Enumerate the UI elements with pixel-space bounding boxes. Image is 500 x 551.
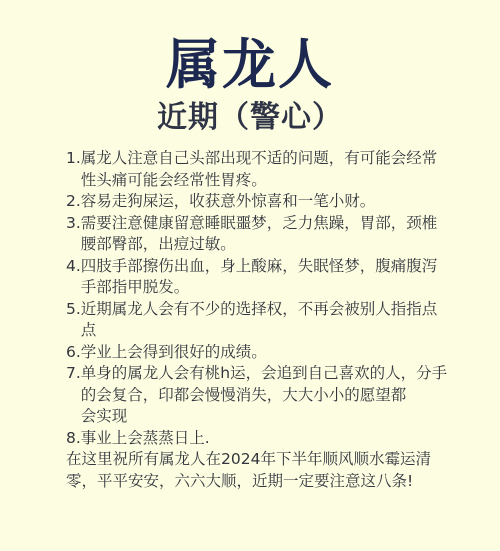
list-item-5: 5. 近期属龙人会有不少的选择权，不再会被别人指指点 点 bbox=[66, 299, 486, 342]
item-number: 6. bbox=[66, 342, 81, 364]
list-item-1: 1. 属龙人注意自己头部出现不适的问题，有可能会经常 性头痛可能会经常性胃疼。 bbox=[66, 148, 486, 191]
item-line: 四肢手部擦伤出血，身上酸麻，失眠怪梦，腹痛腹泻 bbox=[81, 256, 486, 278]
item-line: 单身的属龙人会有桃h运，会追到自己喜欢的人，分手 bbox=[81, 363, 486, 385]
item-line: 的会复合，印都会慢慢消失，大大小小的愿望都 bbox=[81, 385, 486, 407]
page-subtitle: 近期（警心） bbox=[0, 100, 500, 136]
item-line: 手部指甲脱发。 bbox=[81, 277, 486, 299]
list-item-4: 4. 四肢手部擦伤出血，身上酸麻，失眠怪梦，腹痛腹泻 手部指甲脱发。 bbox=[66, 256, 486, 299]
list-item-6: 6. 学业上会得到很好的成绩。 bbox=[66, 342, 486, 364]
item-line: 属龙人注意自己头部出现不适的问题，有可能会经常 bbox=[81, 148, 486, 170]
closing-line: 零，平平安安，六六大顺，近期一定要注意这八条! bbox=[66, 471, 486, 493]
page-title: 属龙人 bbox=[0, 34, 500, 96]
item-text: 事业上会蒸蒸日上. bbox=[81, 428, 486, 450]
item-number: 7. bbox=[66, 363, 81, 428]
item-number: 2. bbox=[66, 191, 81, 213]
item-line: 腰部臀部，出痘过敏。 bbox=[81, 234, 486, 256]
item-text: 需要注意健康留意睡眠噩梦，乏力焦躁，胃部，颈椎 腰部臀部，出痘过敏。 bbox=[81, 213, 486, 256]
item-number: 1. bbox=[66, 148, 81, 191]
item-line: 性头痛可能会经常性胃疼。 bbox=[81, 170, 486, 192]
item-line: 需要注意健康留意睡眠噩梦，乏力焦躁，胃部，颈椎 bbox=[81, 213, 486, 235]
item-line: 容易走狗屎运，收获意外惊喜和一笔小财。 bbox=[81, 191, 486, 213]
closing-paragraph: 在这里祝所有属龙人在2024年下半年顺风顺水霉运清 零，平平安安，六六大顺，近期… bbox=[66, 449, 486, 492]
item-number: 4. bbox=[66, 256, 81, 299]
item-number: 8. bbox=[66, 428, 81, 450]
item-number: 5. bbox=[66, 299, 81, 342]
content-list: 1. 属龙人注意自己头部出现不适的问题，有可能会经常 性头痛可能会经常性胃疼。 … bbox=[66, 148, 486, 492]
item-text: 属龙人注意自己头部出现不适的问题，有可能会经常 性头痛可能会经常性胃疼。 bbox=[81, 148, 486, 191]
item-text: 近期属龙人会有不少的选择权，不再会被别人指指点 点 bbox=[81, 299, 486, 342]
item-number: 3. bbox=[66, 213, 81, 256]
item-text: 学业上会得到很好的成绩。 bbox=[81, 342, 486, 364]
item-text: 容易走狗屎运，收获意外惊喜和一笔小财。 bbox=[81, 191, 486, 213]
item-text: 单身的属龙人会有桃h运，会追到自己喜欢的人，分手 的会复合，印都会慢慢消失，大大… bbox=[81, 363, 486, 428]
item-line: 学业上会得到很好的成绩。 bbox=[81, 342, 486, 364]
list-item-7: 7. 单身的属龙人会有桃h运，会追到自己喜欢的人，分手 的会复合，印都会慢慢消失… bbox=[66, 363, 486, 428]
item-line: 事业上会蒸蒸日上. bbox=[81, 428, 486, 450]
item-line: 会实现 bbox=[81, 406, 486, 428]
item-text: 四肢手部擦伤出血，身上酸麻，失眠怪梦，腹痛腹泻 手部指甲脱发。 bbox=[81, 256, 486, 299]
item-line: 近期属龙人会有不少的选择权，不再会被别人指指点 bbox=[81, 299, 486, 321]
page: 属龙人 近期（警心） 1. 属龙人注意自己头部出现不适的问题，有可能会经常 性头… bbox=[0, 0, 500, 551]
item-line: 点 bbox=[81, 320, 486, 342]
list-item-8: 8. 事业上会蒸蒸日上. bbox=[66, 428, 486, 450]
closing-line: 在这里祝所有属龙人在2024年下半年顺风顺水霉运清 bbox=[66, 449, 486, 471]
list-item-2: 2. 容易走狗屎运，收获意外惊喜和一笔小财。 bbox=[66, 191, 486, 213]
list-item-3: 3. 需要注意健康留意睡眠噩梦，乏力焦躁，胃部，颈椎 腰部臀部，出痘过敏。 bbox=[66, 213, 486, 256]
